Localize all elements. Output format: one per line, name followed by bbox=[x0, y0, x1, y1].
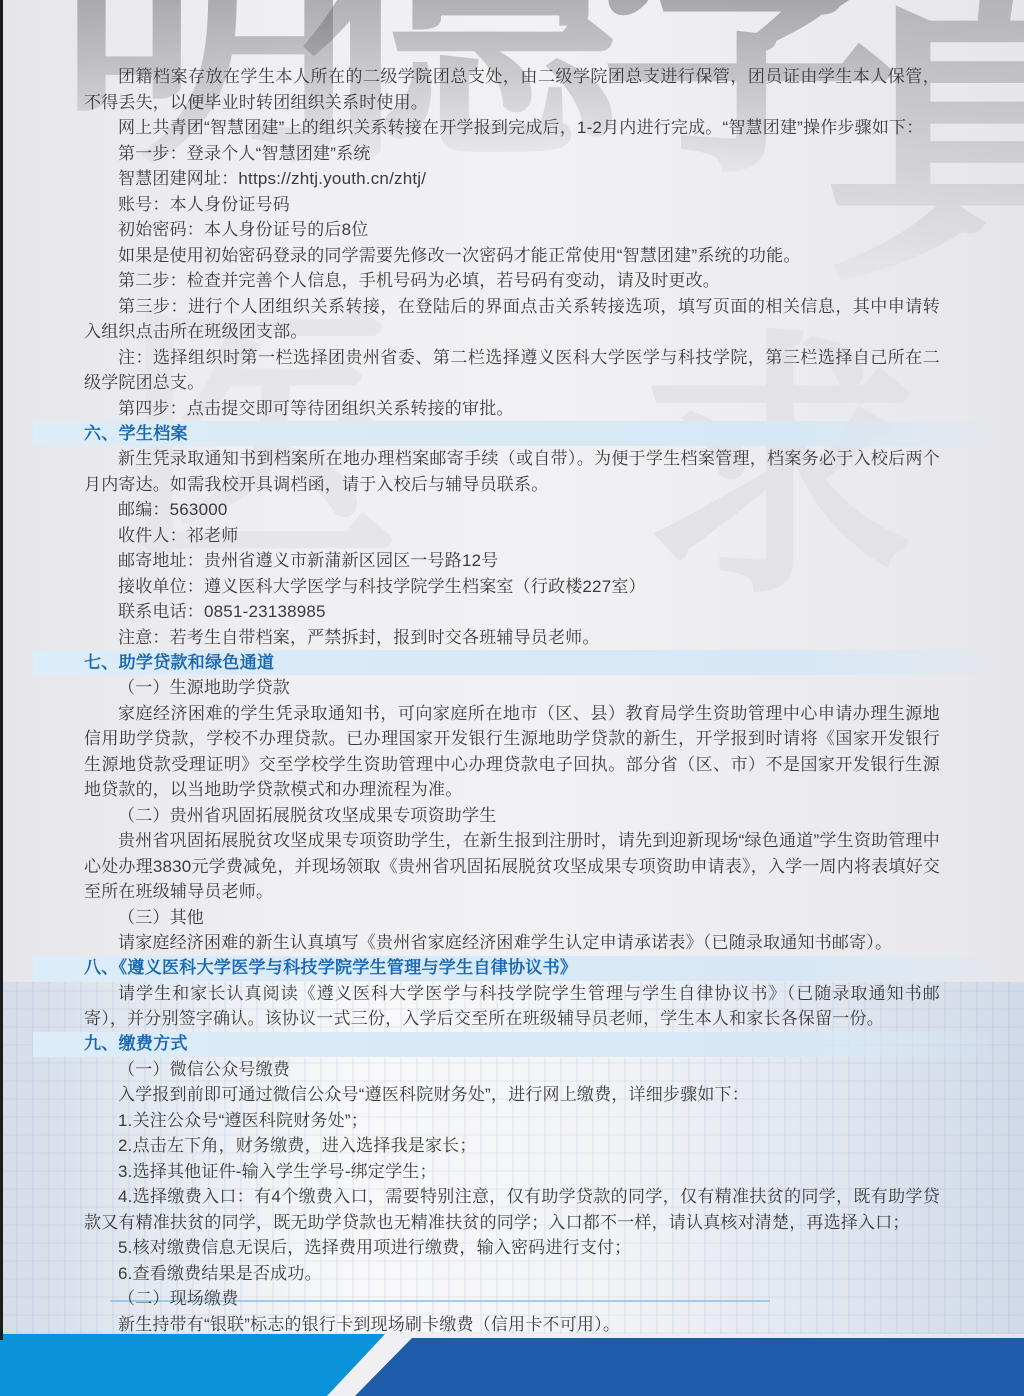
paragraph-org-note: 注：选择组织时第一栏选择团贵州省委、第二栏选择遵义医科大学医学与科技学院，第三栏… bbox=[84, 345, 940, 396]
paragraph-contact-phone: 联系电话：0851-23138985 bbox=[84, 599, 940, 625]
paragraph-archive-warning: 注意：若考生自带档案，严禁拆封，报到时交各班辅导员老师。 bbox=[84, 625, 940, 651]
paragraph-agreement-detail: 请学生和家长认真阅读《遵义医科大学医学与科技学院学生管理与学生自律协议书》（已随… bbox=[84, 981, 940, 1032]
paragraph-postcode: 邮编：563000 bbox=[84, 497, 940, 523]
paragraph-initial-password: 初始密码：本人身份证号的后8位 bbox=[84, 217, 940, 243]
paragraph-wechat-step-6: 6.查看缴费结果是否成功。 bbox=[84, 1261, 940, 1287]
paragraph-mailing-address: 邮寄地址：贵州省遵义市新蒲新区园区一号路12号 bbox=[84, 548, 940, 574]
document-content: 团籍档案存放在学生本人所在的二级学院团总支处，由二级学院团总支进行保管，团员证由… bbox=[0, 0, 1024, 1337]
smart-league-url-link[interactable]: https://zhtj.youth.cn/zhtj/ bbox=[238, 169, 426, 188]
paragraph-smart-league-url: 智慧团建网址：https://zhtj.youth.cn/zhtj/ bbox=[84, 166, 940, 192]
paragraph-step-2: 第二步：检查并完善个人信息，手机号码为必填，若号码有变动，请及时更改。 bbox=[84, 268, 940, 294]
paragraph-archive-mailing: 新生凭录取通知书到档案所在地办理档案邮寄手续（或自带）。为便于学生档案管理，档案… bbox=[84, 446, 940, 497]
paragraph-step-3: 第三步：进行个人团组织关系转接，在登陆后的界面点击关系转接选项，填写页面的相关信… bbox=[84, 294, 940, 345]
subheading-onsite-payment: （二）现场缴费 bbox=[84, 1286, 940, 1312]
paragraph-receiving-unit: 接收单位：遵义医科大学医学与科技学院学生档案室（行政楼227室） bbox=[84, 574, 940, 600]
section-heading-label: 六、学生档案 bbox=[84, 421, 188, 447]
paragraph-wechat-intro: 入学报到前即可通过微信公众号“遵医科院财务处”，进行网上缴费，详细步骤如下： bbox=[84, 1082, 940, 1108]
paragraph-wechat-step-4: 4.选择缴费入口：有4个缴费入口，需要特别注意，仅有助学贷款的同学，仅有精准扶贫… bbox=[84, 1184, 940, 1235]
section-heading-payment: 九、缴费方式 bbox=[33, 1032, 990, 1057]
paragraph-wechat-step-2: 2.点击左下角，财务缴费，进入选择我是家长； bbox=[84, 1133, 940, 1159]
section-heading-label: 七、助学贷款和绿色通道 bbox=[84, 650, 274, 676]
paragraph-smart-league-intro: 网上共青团“智慧团建”上的组织关系转接在开学报到完成后，1-2月内进行完成。“智… bbox=[84, 115, 940, 141]
footer-dark-shape bbox=[355, 1338, 1024, 1396]
paragraph-password-note: 如果是使用初始密码登录的同学需要先修改一次密码才能正常使用“智慧团建”系统的功能… bbox=[84, 243, 940, 269]
section-heading-label: 九、缴费方式 bbox=[84, 1031, 188, 1057]
paragraph-recipient: 收件人：祁老师 bbox=[84, 523, 940, 549]
paragraph-wechat-step-5: 5.核对缴费信息无误后，选择费用项进行缴费，输入密码进行支付； bbox=[84, 1235, 940, 1261]
paragraph-step-1: 第一步：登录个人“智慧团建”系统 bbox=[84, 141, 940, 167]
left-edge-strip bbox=[0, 0, 3, 1340]
footer-light-shape bbox=[0, 1334, 385, 1396]
section-heading-label: 八、《遵义医科大学医学与科技学院学生管理与学生自律协议书》 bbox=[84, 955, 577, 981]
section-heading-student-archive: 六、学生档案 bbox=[33, 421, 990, 446]
paragraph-wechat-step-3: 3.选择其他证件-输入学生学号-绑定学生； bbox=[84, 1159, 940, 1185]
footer-banner bbox=[0, 1334, 1024, 1396]
subheading-poverty-aid: （二）贵州省巩固拓展脱贫攻坚成果专项资助学生 bbox=[84, 803, 940, 829]
paragraph-poverty-aid-detail: 贵州省巩固拓展脱贫攻坚成果专项资助学生，在新生报到注册时，请先到迎新现场“绿色通… bbox=[84, 828, 940, 905]
paragraph-source-loan-detail: 家庭经济困难的学生凭录取通知书，可向家庭所在地市（区、县）教育局学生资助管理中心… bbox=[84, 701, 940, 803]
url-label: 智慧团建网址： bbox=[118, 169, 238, 188]
paragraph-other-detail: 请家庭经济困难的新生认真填写《贵州省家庭经济困难学生认定申请承诺表》（已随录取通… bbox=[84, 930, 940, 956]
subheading-wechat-payment: （一）微信公众号缴费 bbox=[84, 1057, 940, 1083]
section-heading-student-loan: 七、助学贷款和绿色通道 bbox=[33, 650, 990, 675]
paragraph-wechat-step-1: 1.关注公众号“遵医科院财务处”； bbox=[84, 1108, 940, 1134]
document-page: 明 德 学 真 求 医 团籍档案存放在学生本人所在的二级学院团总支处，由二级学院… bbox=[0, 0, 1024, 1396]
subheading-source-loan: （一）生源地助学贷款 bbox=[84, 675, 940, 701]
paragraph-league-archive: 团籍档案存放在学生本人所在的二级学院团总支处，由二级学院团总支进行保管，团员证由… bbox=[84, 64, 940, 115]
subheading-other: （三）其他 bbox=[84, 905, 940, 931]
section-heading-agreement: 八、《遵义医科大学医学与科技学院学生管理与学生自律协议书》 bbox=[33, 956, 990, 981]
paragraph-step-4: 第四步：点击提交即可等待团组织关系转接的审批。 bbox=[84, 396, 940, 422]
paragraph-account: 账号：本人身份证号码 bbox=[84, 192, 940, 218]
